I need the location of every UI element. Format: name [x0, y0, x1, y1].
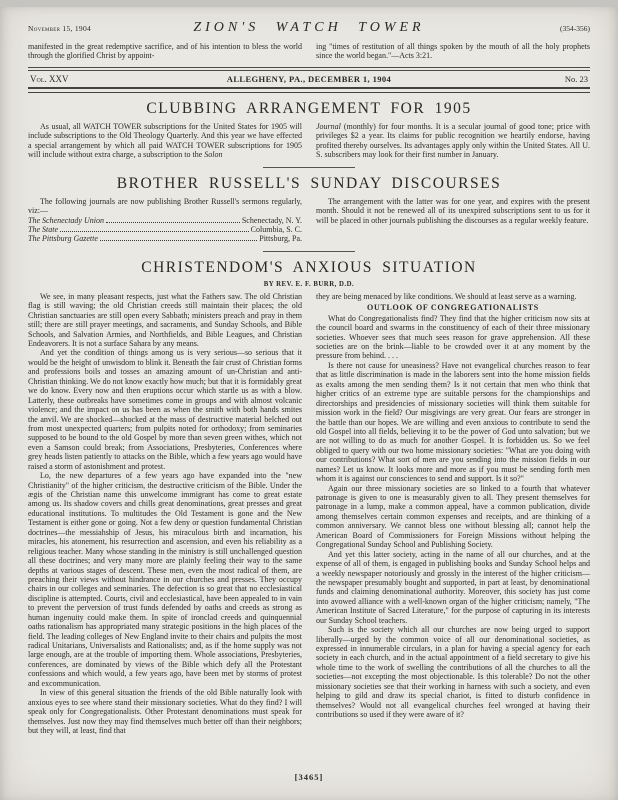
clubbing-columns: As usual, all WATCH TOWER subscriptions …: [28, 122, 590, 160]
article-left-column: We see, in many pleasant respects, just …: [28, 292, 302, 736]
article-paragraph: And yet this latter society, acting in t…: [316, 550, 590, 626]
heavy-rule: [28, 87, 590, 93]
issue-number: No. 23: [468, 74, 588, 84]
discourses-columns: The following journals are now publishin…: [28, 197, 590, 244]
journal-name: The Pittsburg Gazette: [28, 234, 98, 243]
continuation-right-column: ing "times of restitution of all things …: [316, 42, 590, 61]
journal-listing-row: The Schenectady Union Schenectady, N. Y.: [28, 216, 302, 225]
clubbing-left-italic: Solon: [204, 150, 222, 159]
discourses-section-title: BROTHER RUSSELL'S SUNDAY DISCOURSES: [28, 175, 590, 193]
article-subhead: OUTLOOK OF CONGREGATIONALISTS: [316, 303, 590, 312]
continuation-right-text: ing "times of restitution of all things …: [316, 42, 590, 61]
clubbing-left-text: As usual, all WATCH TOWER subscriptions …: [28, 122, 302, 159]
article-right-column: they are being menaced by like condition…: [316, 292, 590, 736]
article-title: CHRISTENDOM'S ANXIOUS SITUATION: [28, 259, 590, 277]
continuation-left-text: manifested in the great redemptive sacri…: [28, 42, 302, 61]
article-paragraph: Such is the society which all our church…: [316, 625, 590, 719]
journal-name: The State: [28, 225, 58, 234]
dot-leader: [100, 240, 257, 241]
scan-edge-band: [0, 0, 618, 7]
volume-label: Vol. XXV: [30, 74, 150, 84]
article-paragraph: What do Congregationalists find? They fi…: [316, 314, 590, 361]
page-reference: (354-356): [470, 24, 590, 33]
page-number-footer: [3465]: [0, 772, 618, 782]
discourses-right-column: The arrangement with the latter was for …: [316, 197, 590, 244]
section-divider: [263, 251, 355, 252]
article-paragraph: We see, in many pleasant respects, just …: [28, 292, 302, 349]
discourses-left-column: The following journals are now publishin…: [28, 197, 302, 244]
clubbing-section-title: CLUBBING ARRANGEMENT FOR 1905: [28, 100, 590, 118]
continuation-left-column: manifested in the great redemptive sacri…: [28, 42, 302, 61]
article-paragraph: And yet the condition of things among us…: [28, 348, 302, 471]
clubbing-right-italic: Journal: [316, 122, 341, 131]
masthead: Vol. XXV ALLEGHENY, PA., DECEMBER 1, 190…: [28, 71, 590, 87]
issue-place-date: ALLEGHENY, PA., DECEMBER 1, 1904: [150, 74, 468, 84]
clubbing-left-paragraph: As usual, all WATCH TOWER subscriptions …: [28, 122, 302, 160]
article-paragraph: In view of this general situation the fr…: [28, 688, 302, 735]
article-paragraph: Lo, the new departures of a few years ag…: [28, 471, 302, 688]
journal-location: Schenectady, N. Y.: [242, 216, 302, 225]
discourses-right-paragraph: The arrangement with the latter was for …: [316, 197, 590, 225]
discourses-intro: The following journals are now publishin…: [28, 197, 302, 216]
journal-listing-row: The State Columbia, S. C.: [28, 225, 302, 234]
dot-leader: [60, 231, 249, 232]
journal-location: Columbia, S. C.: [251, 225, 302, 234]
scanned-journal-page: November 15, 1904 ZION'S WATCH TOWER (35…: [0, 0, 618, 800]
journal-title: ZION'S WATCH TOWER: [148, 20, 470, 36]
journal-name: The Schenectady Union: [28, 216, 104, 225]
article-continuation-paragraph: they are being menaced by like condition…: [316, 292, 590, 301]
clubbing-right-column: Journal (monthly) for four months. It is…: [316, 122, 590, 160]
article-paragraph: Again our three missionary societies are…: [316, 484, 590, 550]
running-header-date: November 15, 1904: [28, 24, 148, 33]
dot-leader: [106, 222, 240, 223]
journal-location: Pittsburg, Pa.: [259, 234, 302, 243]
clubbing-right-text: (monthly) for four months. It is a secul…: [316, 122, 590, 159]
section-divider: [263, 167, 355, 168]
article-paragraph: Is there not cause for uneasiness? Have …: [316, 361, 590, 484]
clubbing-right-paragraph: Journal (monthly) for four months. It is…: [316, 122, 590, 160]
article-byline: BY REV. E. F. BURR, D.D.: [28, 281, 590, 288]
journal-listing-row: The Pittsburg Gazette Pittsburg, Pa.: [28, 234, 302, 243]
clubbing-left-column: As usual, all WATCH TOWER subscriptions …: [28, 122, 302, 160]
continuation-columns: manifested in the great redemptive sacri…: [28, 42, 590, 61]
running-header: November 15, 1904 ZION'S WATCH TOWER (35…: [28, 20, 590, 36]
article-columns: We see, in many pleasant respects, just …: [28, 292, 590, 736]
